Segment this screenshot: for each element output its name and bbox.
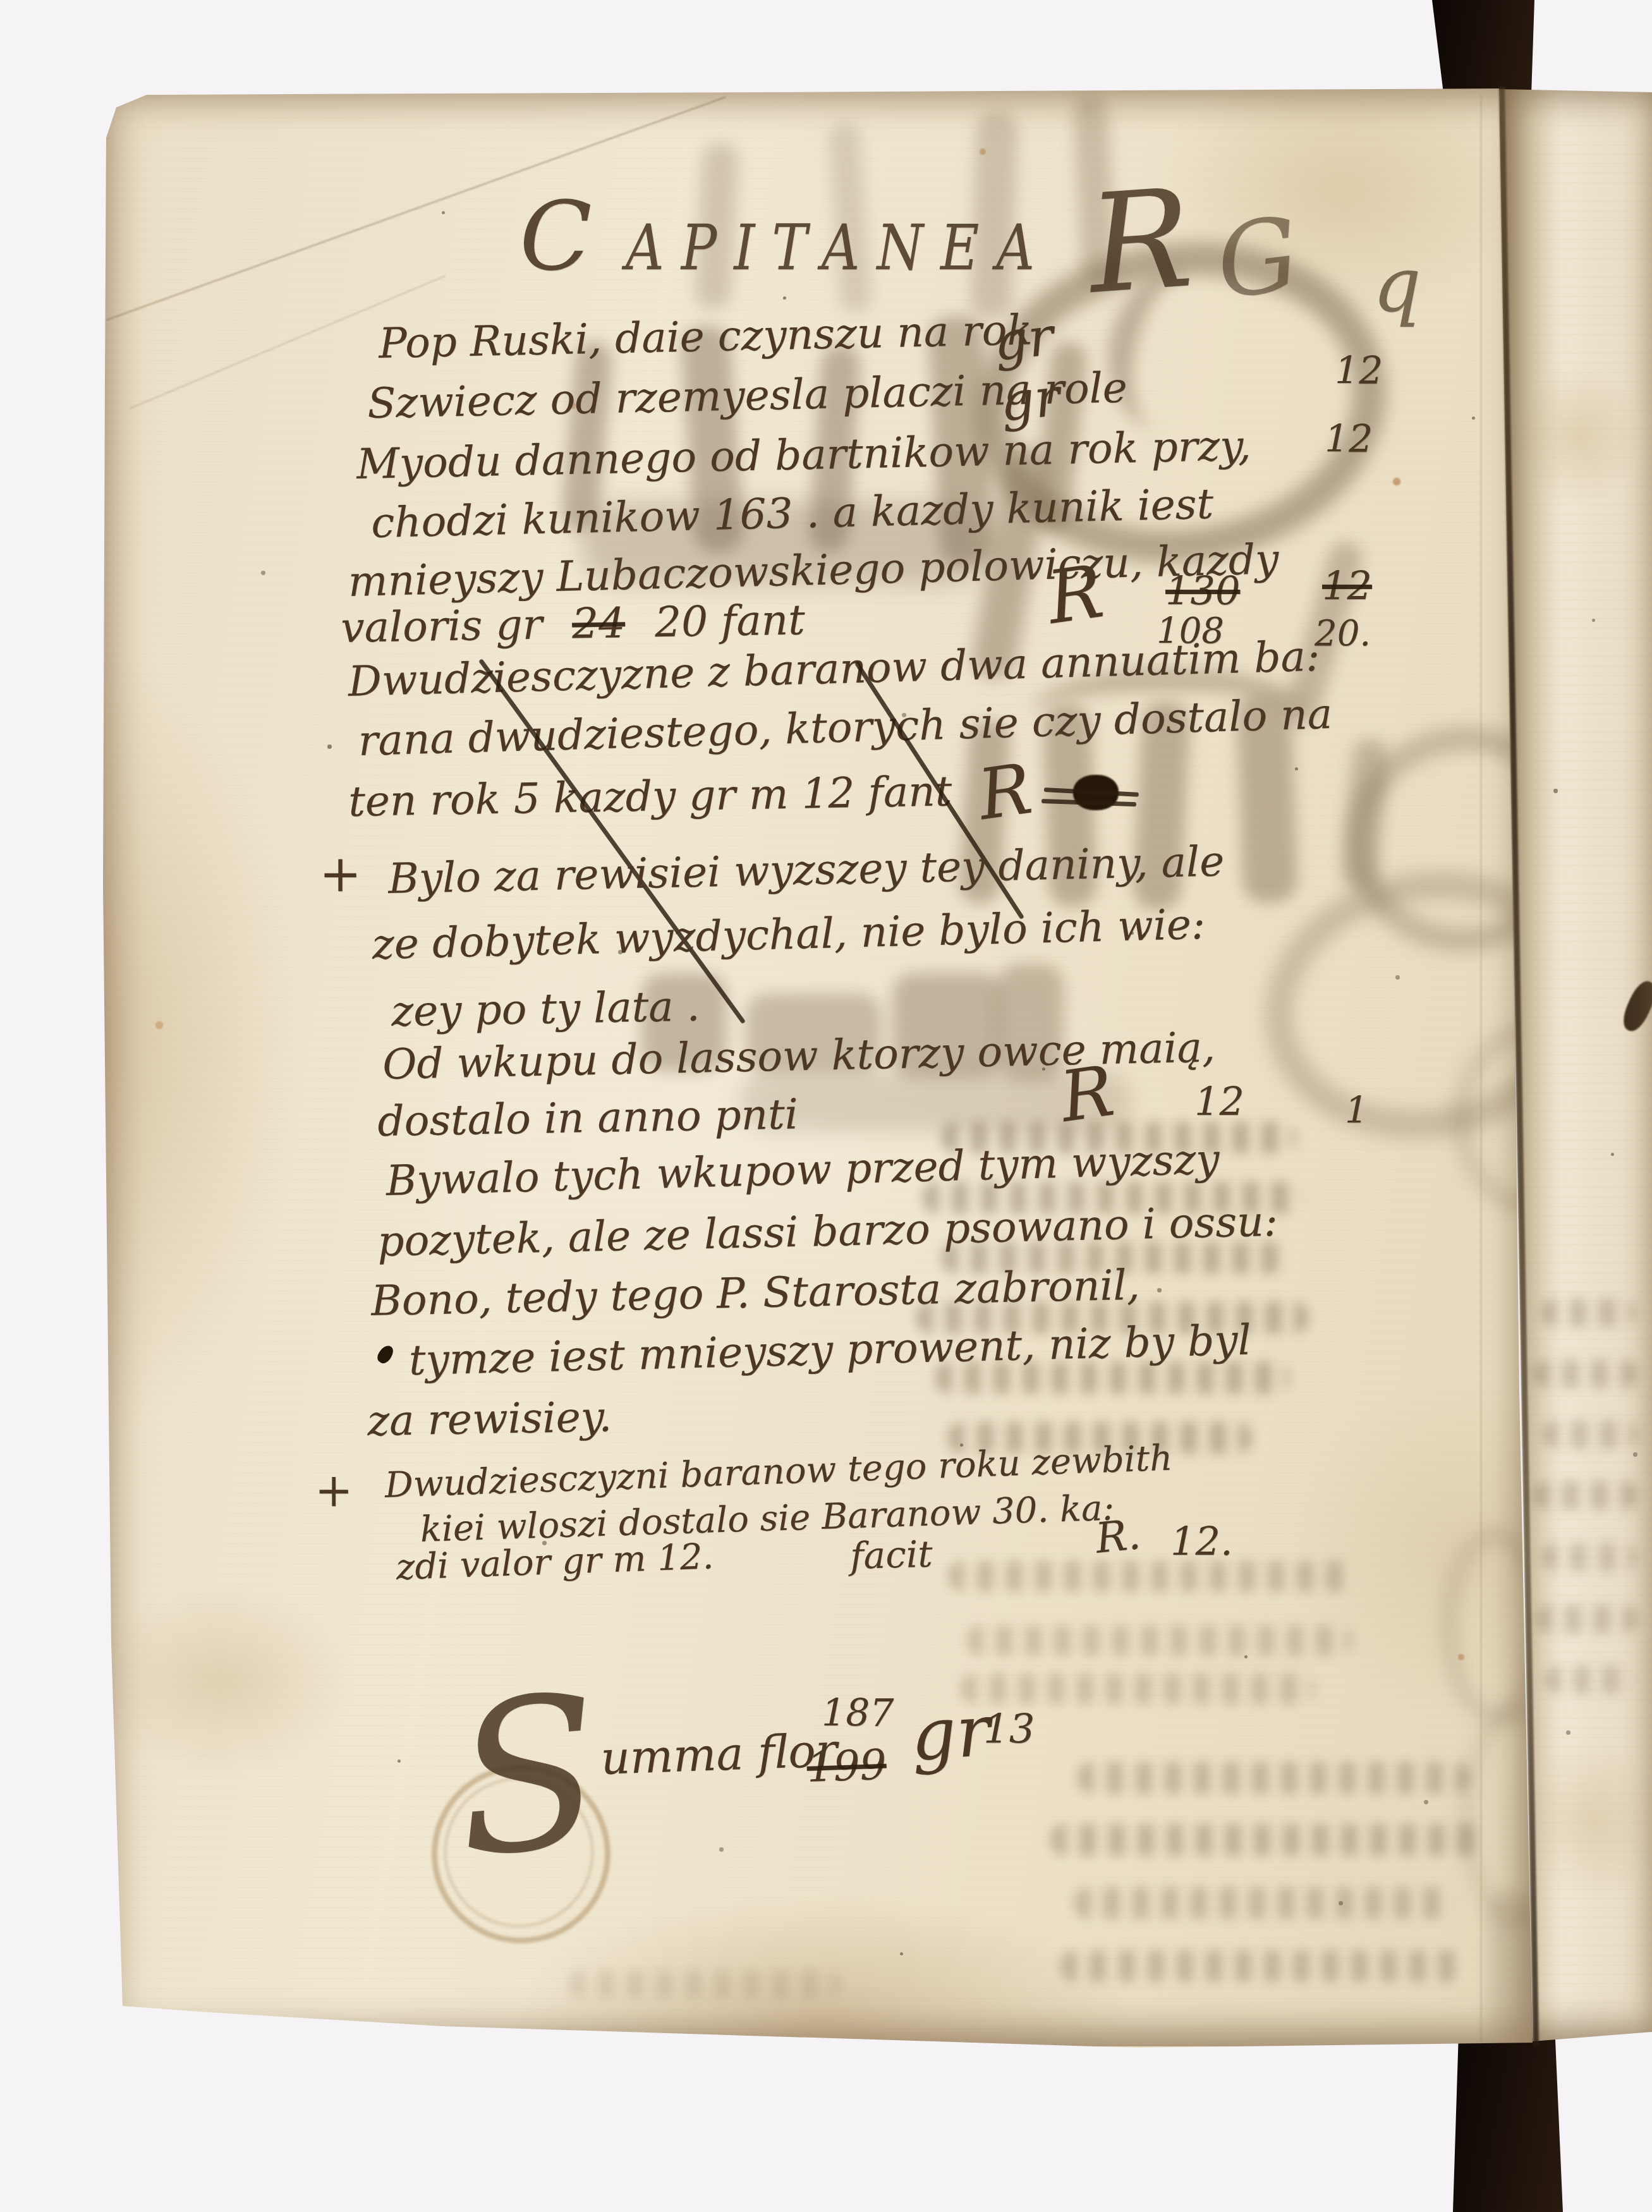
vertical-crease [1480,95,1482,2041]
entry1-line6: valoris gr 24 20 fant [341,595,806,652]
entry3-line1: Bylo za rewisiei wyzszey tey daniny, ale [387,837,1224,903]
showthrough-swirl [1486,1890,1537,2041]
entry2-line3: ten rok 5 kazdy gr m 12 fant [348,767,952,826]
entry6-marker: + [315,1464,353,1517]
entry1-line2-unit: gr [997,366,1063,434]
summa-struck-value: 199 [806,1741,887,1792]
next-page-showthrough-row [1542,1421,1638,1449]
ink-drop [375,1343,396,1366]
showthrough-text-row [961,1674,1315,1704]
entry1-line1-unit: gr [991,305,1057,373]
manuscript-scan: C APITANEA R G q Pop Ruski, daie czynszu… [0,0,1652,2212]
entry4-amount: 12 [1194,1078,1244,1124]
entry4-note: 1 [1345,1088,1368,1131]
heading-flourish-g: G [1210,195,1305,322]
heading-flourish-r: R [1083,159,1196,324]
manuscript-page: C APITANEA R G q Pop Ruski, daie czynszu… [0,0,1652,2212]
folio-siglum: q [1373,241,1421,329]
page-heading: APITANEA [626,211,1052,284]
entry5-line1: Bywalo tych wkupow przed tym wyzszy [386,1135,1220,1205]
next-page-specks [0,0,2,2]
showthrough-text-row [967,1626,1352,1656]
entry4-currency: R [1055,1050,1119,1138]
showthrough-text-row [1050,1824,1480,1856]
summa-label: umma flor [600,1723,838,1785]
next-page-showthrough-row [1533,1481,1639,1509]
entry2-currency: R [973,748,1036,836]
page-heading-initial: C [519,182,592,292]
rust-spots [0,0,3,3]
entry5-line2: pozytek, ale ze lassi barzo psowano i os… [377,1197,1278,1266]
entry3-line2: ze dobytek wyzdychal, nie bylo ich wie: [372,900,1206,969]
entry1-line1-amount: 12 [1335,349,1383,393]
entry5-line3: Bono, tedy tego P. Starosta zabronil, [370,1261,1140,1325]
book-strap-bottom [1453,2038,1563,2212]
showthrough-text-row [948,1561,1352,1591]
next-page-showthrough-row [1536,1605,1638,1633]
paper-specks [0,0,2,2]
entry1-line5: mnieyszy Lubaczowskiego polowiczu, kazdy [348,535,1279,606]
entry1-line6-after: 20 fant [654,595,805,647]
entry6-currency: R. [1093,1510,1143,1563]
entry1-line1: Pop Ruski, daie czynszu na rok [378,305,1033,368]
showthrough-text-row [569,1971,841,1998]
summa-initial-flourish: S [447,1650,610,1904]
entry3-line3: zey po ty lata . [391,981,700,1036]
next-page-ink-mark [1618,977,1652,1035]
showthrough-text-row [1074,1887,1454,1919]
entry1-line6-struck: 24 [571,599,625,648]
entry5-line4: tymze iest mnieyszy prowent, niz by byl [408,1315,1251,1385]
entry4-line2: dostalo in anno pnti [377,1090,799,1146]
entry1-line3: Myodu dannego od bartnikow na rok przy, [356,421,1251,489]
summa-corrected-value: 187 [822,1691,894,1735]
entry1-line4: chodzi kunikow 163 . a kazdy kunik iest [370,480,1214,547]
entry1-currency: R [1042,549,1108,641]
next-page-showthrough-row [1541,1543,1637,1571]
ink-bleed-bar [1341,737,1390,891]
next-page-showthrough-row [1541,1299,1636,1327]
entry6-facit: facit [849,1533,933,1577]
entry1-gr-struck: 12 [1322,562,1372,609]
entry1-line6-text: valoris gr [341,600,543,652]
entry1-line2-amount: 12 [1325,417,1373,461]
summa-unit: gr [908,1690,993,1777]
next-page-showthrough-row [1545,1666,1633,1694]
next-page-showthrough-row [1533,1360,1639,1388]
showthrough-text-row [1060,1950,1465,1982]
entry3-marker: + [319,844,361,903]
entry1-flor-struck: 130 [1165,568,1240,614]
summa-amount: 13 [983,1706,1035,1753]
book-strap-top [1432,0,1534,92]
entry6-amount: 12. [1170,1518,1233,1564]
showthrough-text-row [1078,1762,1469,1794]
entry1-gr-corrected: 20. [1315,613,1371,654]
entry5-line5: za rewisiey. [367,1392,612,1445]
